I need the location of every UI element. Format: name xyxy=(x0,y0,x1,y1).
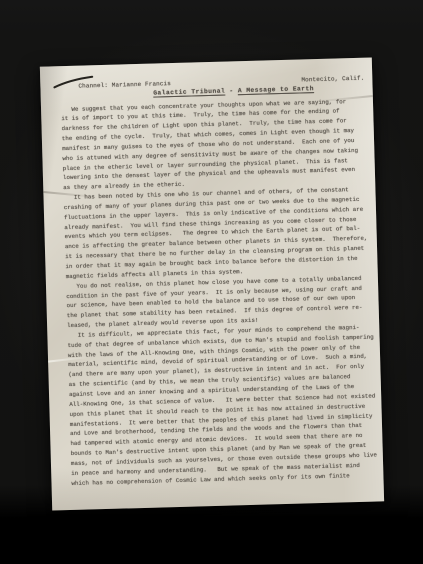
document-body: We suggest that you each concentrate you… xyxy=(41,96,384,489)
title-part-2: A Message to Earth xyxy=(238,85,314,94)
title-part-1: Galactic Tribunal xyxy=(153,87,225,96)
location-line: Montecito, Calif. xyxy=(301,75,364,84)
paragraph: It is difficult, we appreciate this fact… xyxy=(67,322,378,488)
title-separator: - xyxy=(225,87,238,94)
paragraph: It has been noted by this one who is our… xyxy=(63,185,372,282)
paragraph: We suggest that you each concentrate you… xyxy=(61,96,370,193)
paragraph: You do not realise, on this planet how c… xyxy=(66,273,374,331)
typewritten-page: Channel: Marianne Francis Montecito, Cal… xyxy=(40,57,384,510)
